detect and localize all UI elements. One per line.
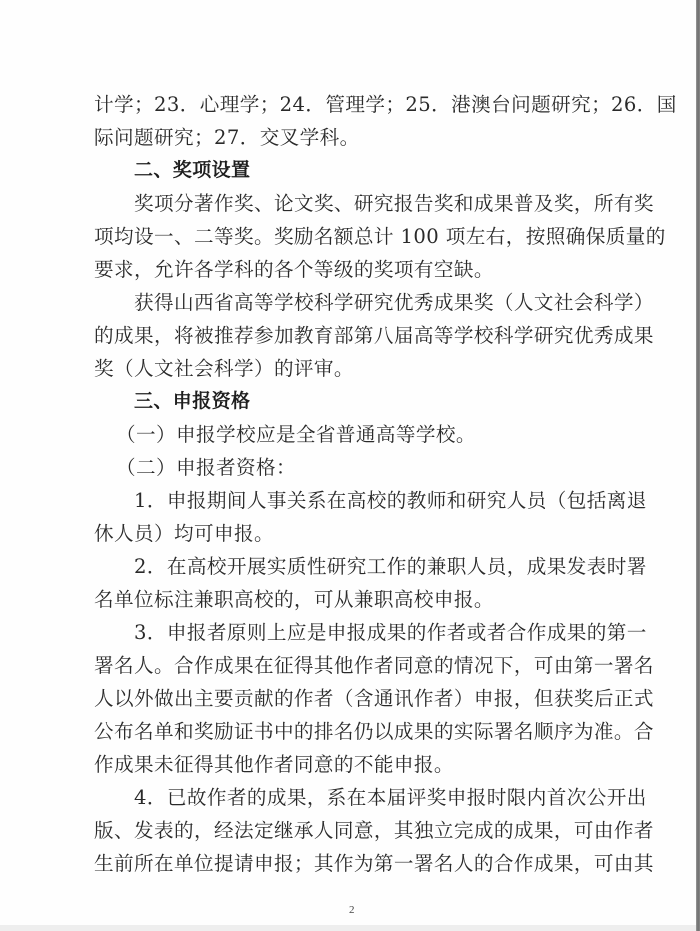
- paragraph-line: 奖项分著作奖、论文奖、研究报告奖和成果普及奖，所有奖: [94, 187, 618, 220]
- paragraph-line: 公布名单和奖励证书中的排名仍以成果的实际署名顺序为准。合: [94, 715, 618, 748]
- paragraph-line: 的成果，将被推荐参加教育部第八届高等学校科学研究优秀成果: [94, 319, 618, 352]
- paragraph-line: 人以外做出主要贡献的作者（含通讯作者）申报，但获奖后正式: [94, 682, 618, 715]
- paragraph-line: 3．申报者原则上应是申报成果的作者或者合作成果的第一: [94, 616, 618, 649]
- paragraph-line: 获得山西省高等学校科学研究优秀成果奖（人文社会科学）: [94, 286, 618, 319]
- document-body: 计学；23．心理学；24．管理学；25．港澳台问题研究；26．国际问题研究；27…: [94, 88, 618, 880]
- paragraph-line: 名单位标注兼职高校的，可从兼职高校申报。: [94, 583, 618, 616]
- paragraph-line: 际问题研究；27．交叉学科。: [94, 121, 618, 154]
- paragraph-line: （一）申报学校应是全省普通高等学校。: [94, 418, 618, 451]
- paragraph-line: 署名人。合作成果在征得其他作者同意的情况下，可由第一署名: [94, 649, 618, 682]
- document-page: 计学；23．心理学；24．管理学；25．港澳台问题研究；26．国际问题研究；27…: [0, 0, 696, 925]
- section-heading: 二、奖项设置: [94, 154, 618, 187]
- paragraph-line: 1．申报期间人事关系在高校的教师和研究人员（包括离退: [94, 484, 618, 517]
- paragraph-line: 生前所在单位提请申报；其作为第一署名人的合作成果，可由其: [94, 847, 618, 880]
- paragraph-line: 版、发表的，经法定继承人同意，其独立完成的成果，可由作者: [94, 814, 618, 847]
- paragraph-line: 要求，允许各学科的各个等级的奖项有空缺。: [94, 253, 618, 286]
- paragraph-line: 项均设一、二等奖。奖励名额总计 100 项左右，按照确保质量的: [94, 220, 618, 253]
- paragraph-line: 休人员）均可申报。: [94, 517, 618, 550]
- paragraph-line: 计学；23．心理学；24．管理学；25．港澳台问题研究；26．国: [94, 88, 618, 121]
- paragraph-line: 4．已故作者的成果，系在本届评奖申报时限内首次公开出: [94, 781, 618, 814]
- page-number: 2: [349, 904, 355, 916]
- paragraph-line: （二）申报者资格：: [94, 451, 618, 484]
- paragraph-line: 奖（人文社会科学）的评审。: [94, 352, 618, 385]
- page-edge-border: [696, 0, 700, 931]
- paragraph-line: 作成果未征得其他作者同意的不能申报。: [94, 748, 618, 781]
- section-heading: 三、申报资格: [94, 385, 618, 418]
- page-bottom-margin: [0, 925, 696, 931]
- paragraph-line: 2．在高校开展实质性研究工作的兼职人员，成果发表时署: [94, 550, 618, 583]
